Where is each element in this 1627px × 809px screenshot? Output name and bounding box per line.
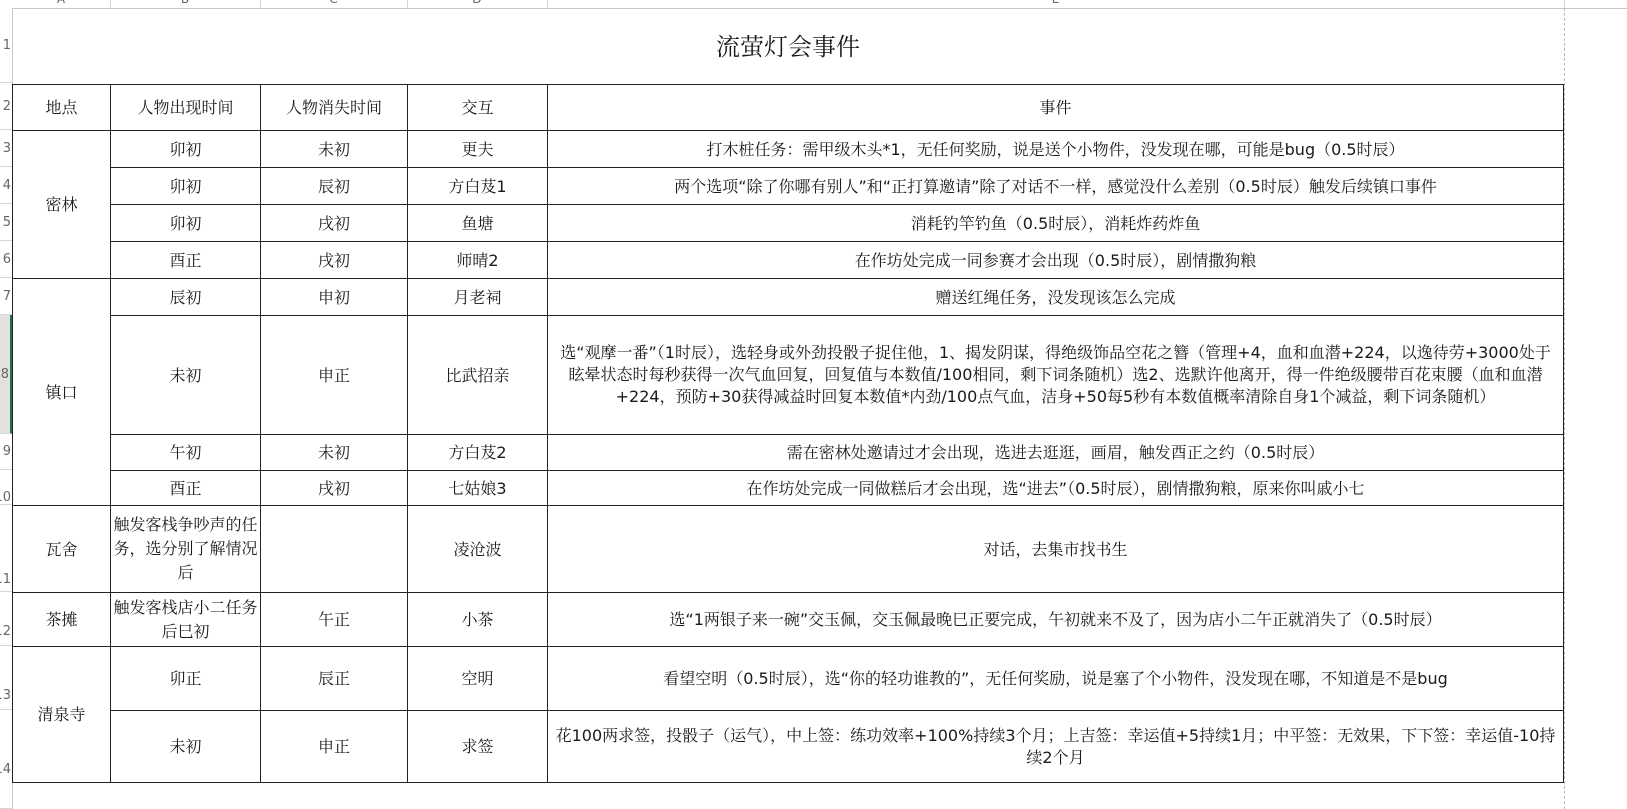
interaction-cell[interactable]: 师晴2 xyxy=(408,242,548,279)
location-cell[interactable]: 密林 xyxy=(13,131,111,279)
event-cell[interactable]: 看望空明（0.5时辰），选“你的轻功谁教的”，无任何奖励，说是塞了个小物件，没发… xyxy=(548,647,1564,711)
location-cell[interactable]: 镇口 xyxy=(13,279,111,506)
interaction-cell[interactable]: 月老祠 xyxy=(408,279,548,316)
disappear-cell[interactable]: 戌初 xyxy=(261,242,408,279)
disappear-cell[interactable]: 辰初 xyxy=(261,168,408,205)
header-event[interactable]: 事件 xyxy=(548,85,1564,131)
appear-cell[interactable]: 未初 xyxy=(111,711,261,783)
event-cell[interactable]: 花100两求签，投骰子（运气），中上签：练功效率+100%持续3个月；上吉签：幸… xyxy=(548,711,1564,783)
table-title[interactable]: 流萤灯会事件 xyxy=(13,8,1564,85)
interaction-cell[interactable]: 求签 xyxy=(408,711,548,783)
event-cell[interactable]: 打木桩任务：需甲级木头*1，无任何奖励，说是送个小物件，没发现在哪，可能是bug… xyxy=(548,131,1564,168)
table-row: 酉正 戌初 师晴2 在作坊处完成一同参赛才会出现（0.5时辰），剧情撒狗粮 xyxy=(13,242,1564,279)
appear-cell[interactable]: 卯初 xyxy=(111,131,261,168)
column-header-c[interactable]: C xyxy=(260,0,408,8)
row-header-8-selected[interactable]: 8 xyxy=(0,315,12,434)
row-header-3[interactable]: 3 xyxy=(0,130,12,167)
location-cell[interactable]: 清泉寺 xyxy=(13,647,111,783)
appear-cell[interactable]: 卯正 xyxy=(111,647,261,711)
column-header-e[interactable]: E xyxy=(547,0,1565,8)
event-cell[interactable]: 需在密林处邀请过才会出现，选进去逛逛，画眉，触发酉正之约（0.5时辰） xyxy=(548,435,1564,471)
table-row: 未初 申正 求签 花100两求签，投骰子（运气），中上签：练功效率+100%持续… xyxy=(13,711,1564,783)
location-cell[interactable]: 茶摊 xyxy=(13,593,111,647)
header-location[interactable]: 地点 xyxy=(13,85,111,131)
appear-cell[interactable]: 辰初 xyxy=(111,279,261,316)
disappear-cell[interactable]: 申初 xyxy=(261,279,408,316)
table-row: 密林 卯初 未初 更夫 打木桩任务：需甲级木头*1，无任何奖励，说是送个小物件，… xyxy=(13,131,1564,168)
disappear-cell[interactable]: 申正 xyxy=(261,711,408,783)
interaction-cell[interactable]: 更夫 xyxy=(408,131,548,168)
event-cell[interactable]: 两个选项“除了你哪有别人”和“正打算邀请”除了对话不一样，感觉没什么差别（0.5… xyxy=(548,168,1564,205)
table-row: 卯初 辰初 方白芨1 两个选项“除了你哪有别人”和“正打算邀请”除了对话不一样，… xyxy=(13,168,1564,205)
row-header-4[interactable]: 4 xyxy=(0,167,12,204)
disappear-cell[interactable]: 申正 xyxy=(261,316,408,435)
appear-cell[interactable]: 午初 xyxy=(111,435,261,471)
table-row: 镇口 辰初 申初 月老祠 赠送红绳任务，没发现该怎么完成 xyxy=(13,279,1564,316)
table-row: 酉正 戌初 七姑娘3 在作坊处完成一同做糕后才会出现，选“进去”（0.5时辰），… xyxy=(13,471,1564,506)
interaction-cell[interactable]: 凌沧波 xyxy=(408,506,548,593)
row-header-6[interactable]: 6 xyxy=(0,241,12,278)
table-row: 午初 未初 方白芨2 需在密林处邀请过才会出现，选进去逛逛，画眉，触发酉正之约（… xyxy=(13,435,1564,471)
appear-cell[interactable]: 卯初 xyxy=(111,205,261,242)
appear-cell[interactable]: 触发客栈店小二任务后巳初 xyxy=(111,593,261,647)
interaction-cell[interactable]: 七姑娘3 xyxy=(408,471,548,506)
row-header-5[interactable]: 5 xyxy=(0,204,12,241)
row-header-7[interactable]: 7 xyxy=(0,278,12,315)
header-row: 地点 人物出现时间 人物消失时间 交互 事件 xyxy=(13,85,1564,131)
disappear-cell[interactable]: 未初 xyxy=(261,131,408,168)
row-header-12[interactable]: 12 xyxy=(0,592,12,646)
disappear-cell[interactable]: 未初 xyxy=(261,435,408,471)
event-table: 流萤灯会事件 地点 人物出现时间 人物消失时间 交互 事件 密林 卯初 未初 更… xyxy=(12,8,1564,783)
spreadsheet-view: A B C D E 1 2 3 4 5 6 7 8 9 10 11 12 13 … xyxy=(0,0,1627,809)
event-cell[interactable]: 赠送红绳任务，没发现该怎么完成 xyxy=(548,279,1564,316)
interaction-cell[interactable]: 方白芨1 xyxy=(408,168,548,205)
interaction-cell[interactable]: 鱼塘 xyxy=(408,205,548,242)
row-header-14[interactable]: 14 xyxy=(0,710,12,809)
row-header-11[interactable]: 11 xyxy=(0,505,12,592)
disappear-cell[interactable]: 午正 xyxy=(261,593,408,647)
header-disappear-time[interactable]: 人物消失时间 xyxy=(261,85,408,131)
interaction-cell[interactable]: 比武招亲 xyxy=(408,316,548,435)
table-row: 清泉寺 卯正 辰正 空明 看望空明（0.5时辰），选“你的轻功谁教的”，无任何奖… xyxy=(13,647,1564,711)
table-row: 卯初 戌初 鱼塘 消耗钓竿钓鱼（0.5时辰），消耗炸药炸鱼 xyxy=(13,205,1564,242)
appear-cell[interactable]: 触发客栈争吵声的任务，选分别了解情况后 xyxy=(111,506,261,593)
row-header-13[interactable]: 13 xyxy=(0,646,12,710)
column-header-a[interactable]: A xyxy=(12,0,111,8)
event-cell[interactable]: 消耗钓竿钓鱼（0.5时辰），消耗炸药炸鱼 xyxy=(548,205,1564,242)
location-cell[interactable]: 瓦舍 xyxy=(13,506,111,593)
row-header-10[interactable]: 10 xyxy=(0,470,12,505)
column-header-b[interactable]: B xyxy=(110,0,261,8)
interaction-cell[interactable]: 方白芨2 xyxy=(408,435,548,471)
page-break-line xyxy=(1564,8,1565,809)
row-header-9[interactable]: 9 xyxy=(0,434,12,470)
disappear-cell[interactable]: 戌初 xyxy=(261,205,408,242)
header-interaction[interactable]: 交互 xyxy=(408,85,548,131)
appear-cell[interactable]: 酉正 xyxy=(111,242,261,279)
appear-cell[interactable]: 卯初 xyxy=(111,168,261,205)
event-cell[interactable]: 对话，去集市找书生 xyxy=(548,506,1564,593)
table-row: 茶摊 触发客栈店小二任务后巳初 午正 小茶 选“1两银子来一碗”交玉佩，交玉佩最… xyxy=(13,593,1564,647)
event-cell[interactable]: 选“1两银子来一碗”交玉佩，交玉佩最晚巳正要完成，午初就来不及了，因为店小二午正… xyxy=(548,593,1564,647)
header-appear-time[interactable]: 人物出现时间 xyxy=(111,85,261,131)
event-cell[interactable]: 在作坊处完成一同参赛才会出现（0.5时辰），剧情撒狗粮 xyxy=(548,242,1564,279)
appear-cell[interactable]: 未初 xyxy=(111,316,261,435)
disappear-cell[interactable]: 戌初 xyxy=(261,471,408,506)
table-row: 瓦舍 触发客栈争吵声的任务，选分别了解情况后 凌沧波 对话，去集市找书生 xyxy=(13,506,1564,593)
event-cell[interactable]: 选“观摩一番”（1时辰），选轻身或外劲投骰子捉住他，1、揭发阴谋，得绝级饰品空花… xyxy=(548,316,1564,435)
event-cell[interactable]: 在作坊处完成一同做糕后才会出现，选“进去”（0.5时辰），剧情撒狗粮，原来你叫戚… xyxy=(548,471,1564,506)
row-header-1[interactable]: 1 xyxy=(0,8,12,83)
disappear-cell[interactable] xyxy=(261,506,408,593)
table-row: 未初 申正 比武招亲 选“观摩一番”（1时辰），选轻身或外劲投骰子捉住他，1、揭… xyxy=(13,316,1564,435)
interaction-cell[interactable]: 小茶 xyxy=(408,593,548,647)
row-header-2[interactable]: 2 xyxy=(0,83,12,130)
column-header-d[interactable]: D xyxy=(407,0,548,8)
disappear-cell[interactable]: 辰正 xyxy=(261,647,408,711)
interaction-cell[interactable]: 空明 xyxy=(408,647,548,711)
appear-cell[interactable]: 酉正 xyxy=(111,471,261,506)
